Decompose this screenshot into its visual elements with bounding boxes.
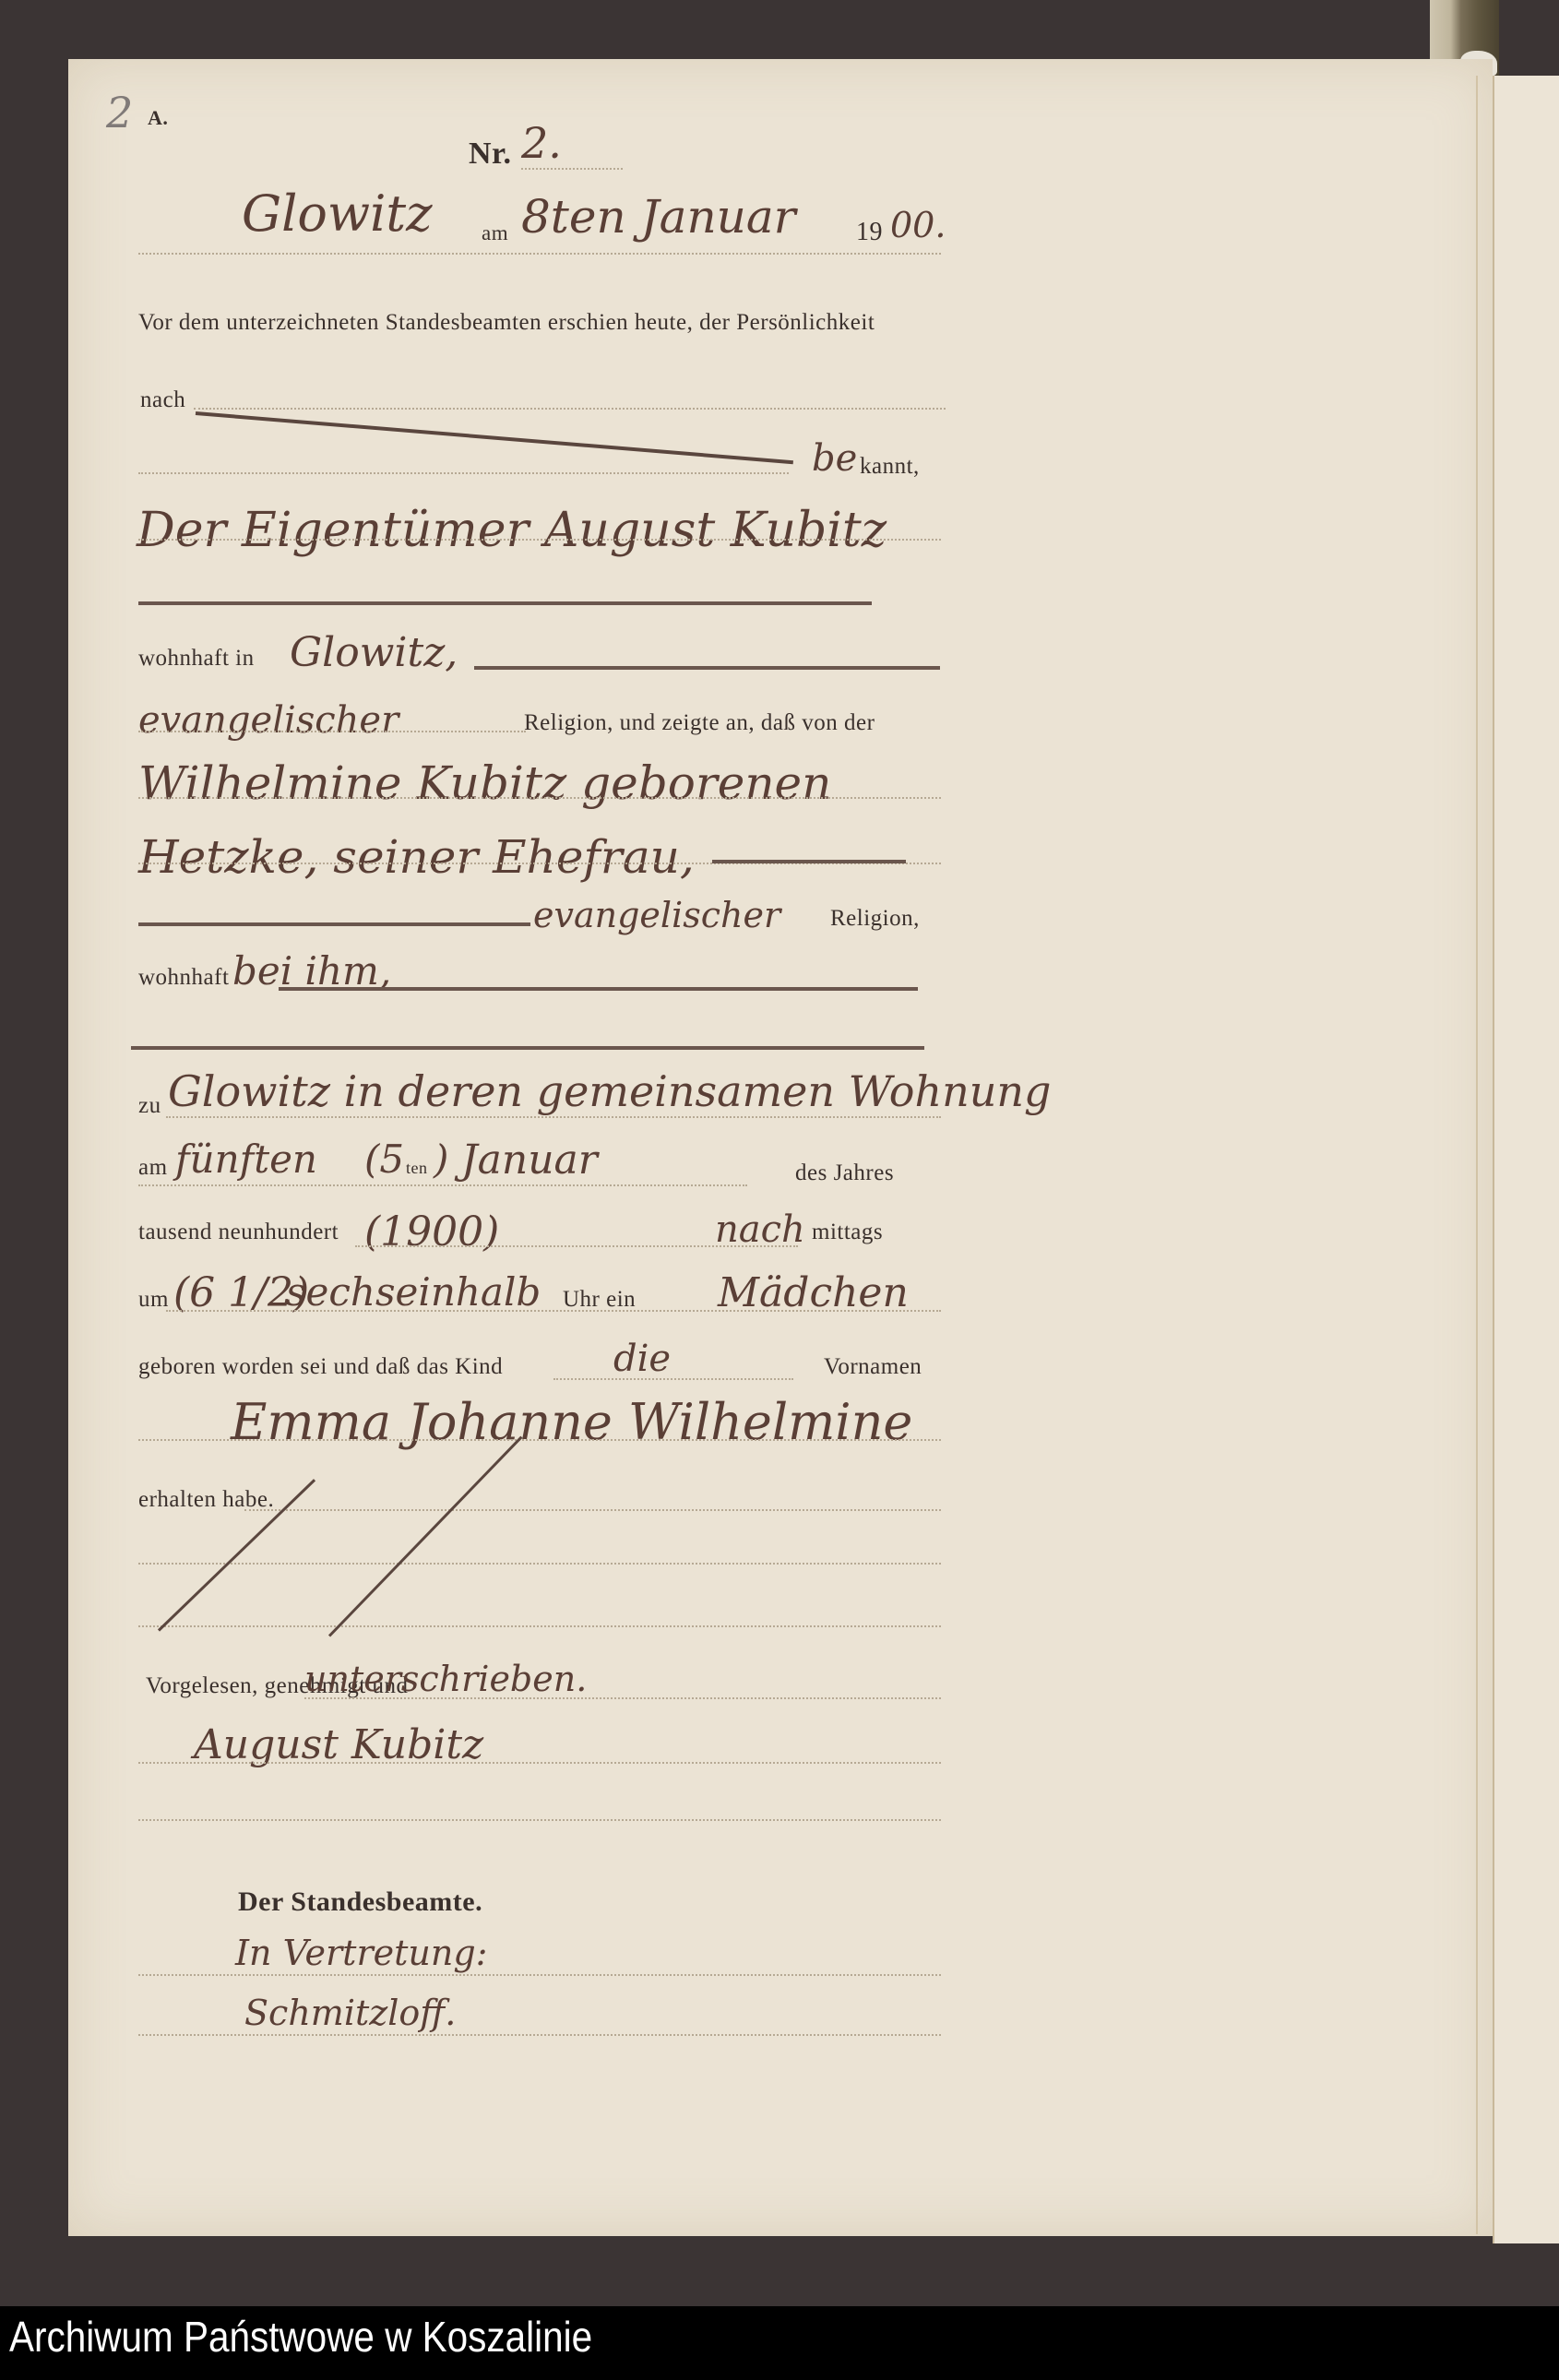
birth-day-number: (5 [364,1136,404,1182]
registrar-signature: Schmitzloff. [244,1993,456,2033]
religion-line [138,731,526,732]
birth-day-words: fünften [175,1136,317,1182]
article-line [553,1378,793,1380]
year-line [355,1245,798,1247]
year-numeric: (1900) [364,1208,499,1255]
residence-label: wohnhaft in [138,646,255,672]
residence-blank-strike [474,666,940,670]
registrar-line-1 [138,1974,941,1976]
date-connector: am [482,221,508,245]
mother-religion-label: Religion, [830,906,920,932]
year-words: tausend neunhundert [138,1220,339,1245]
facing-page [1493,76,1559,2243]
religion-statement: Religion, und zeigte an, daß von der [524,710,875,736]
uhr-ein-label: Uhr ein [563,1287,636,1313]
date-line [138,253,941,255]
birth-day-line [138,1184,747,1186]
birthplace-label: zu [138,1093,161,1119]
time-label: um [138,1287,169,1313]
record-number: 2. [521,118,562,168]
read-approved-handwritten: unterschrieben. [304,1659,587,1699]
intro-line: Vor dem unterzeichneten Standesbeamten e… [138,310,875,336]
birthplace: Glowitz in deren gemeinsamen Wohnung [168,1066,1051,1116]
received-line [244,1509,941,1511]
vornamen-label: Vornamen [824,1354,922,1380]
registrar-line-2 [138,2034,941,2036]
signature-line [138,1762,941,1764]
time-of-day-label: mittags [812,1220,883,1245]
archive-name: Archiwum Państwowe w Koszalinie [9,2312,592,2362]
mother-name-line2: Hetzke, seiner Ehefrau, [138,830,695,884]
bekannt-handwritten-prefix: be [812,437,857,480]
margin-note: 2 [106,88,133,137]
born-statement: geboren worden sei und daß das Kind [138,1354,503,1380]
child-given-names: Emma Johanne Wilhelmine [231,1393,912,1451]
blank-line-3 [138,1819,941,1821]
time-line [166,1310,941,1312]
mother-blank-strike-2 [138,922,530,926]
record-number-line [521,168,623,170]
year-suffix: 00. [890,205,946,245]
residence-handwritten: Glowitz, [290,629,458,676]
mother-residence-strike [279,987,918,991]
child-article: die [613,1338,671,1380]
mother-blank-strike-1 [712,860,906,863]
record-number-label: Nr. [469,137,512,172]
registrar-deputy-note: In Vertretung: [235,1933,487,1973]
nach-label: nach [140,387,185,413]
time-words: sechseinhalb [286,1269,541,1315]
archive-banner: Archiwum Państwowe w Koszalinie [0,2306,1559,2380]
year-prefix: 19 [856,218,883,247]
bekannt-line [138,472,789,474]
bekannt-label: kannt, [860,454,920,480]
place-handwritten: Glowitz [242,184,433,243]
informant-religion: evangelischer [138,699,399,742]
birthplace-line [166,1116,941,1118]
mother-line1 [138,797,941,799]
informant-name: Der Eigentümer August Kubitz [137,503,887,558]
read-approved-line [304,1697,941,1699]
blank-line-strike [131,1046,924,1050]
date-handwritten: 8ten Januar [521,190,796,244]
page-crease [1476,76,1478,2234]
birth-day-suffix: ten [406,1159,428,1178]
des-jahres-label: des Jahres [795,1160,894,1186]
birth-day-close: ) [434,1136,448,1182]
birth-day-label: am [138,1155,168,1181]
blank-line-1 [138,1563,941,1565]
birth-month: Januar [461,1136,598,1184]
mother-name-line1: Wilhelmine Kubitz geborenen [138,756,831,810]
mother-residence-label: wohnhaft [138,965,229,991]
informant-line [138,539,941,541]
nach-line [194,408,946,410]
child-names-line [138,1439,941,1441]
mother-religion: evangelischer [533,895,780,935]
blank-line-2 [138,1625,941,1627]
margin-note-suffix: A. [148,106,168,130]
informant-blank-strike [138,601,872,605]
registrar-heading: Der Standesbeamte. [238,1886,482,1918]
